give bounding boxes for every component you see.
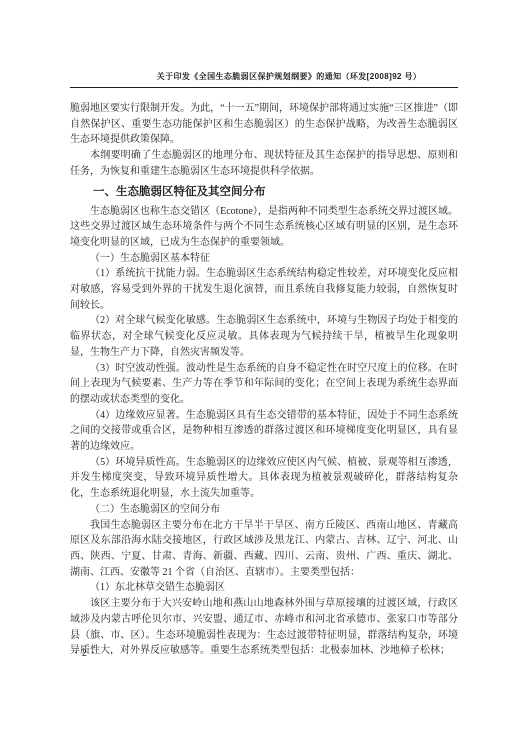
paragraph: 生态脆弱区也称生态交错区（Ecotone），是指两种不同类型生态系统交界过渡区域…: [70, 204, 458, 251]
page-footer: · 2 ·: [74, 648, 96, 659]
page-header: 关于印发《全国生态脆弱区保护规划纲要》的通知（环发[2008]92 号）: [70, 0, 458, 88]
paragraph: （1）东北林草交错生态脆弱区: [70, 580, 458, 596]
paragraph: 本纲要明确了生态脆弱区的地理分布、现状特征及其生态保护的指导思想、原则和任务，为…: [70, 148, 458, 179]
paragraph: （3）时空波动性强。波动性是生态系统的自身不稳定性在时空尺度上的位移。在时间上表…: [70, 361, 458, 408]
paragraph: （1）系统抗干扰能力弱。生态脆弱区生态系统结构稳定性较差，对环境变化反应相对敏感…: [70, 266, 458, 313]
paragraph: （一）生态脆弱区基本特征: [70, 251, 458, 267]
paragraph: 脆弱地区要实行限制开发。为此，“十一五”期间，环境保护部将通过实施“三区推进”（…: [70, 101, 458, 148]
running-header-title: 关于印发《全国生态脆弱区保护规划纲要》的通知（环发[2008]92 号）: [157, 72, 422, 82]
section-heading: 一、生态脆弱区特征及其空间分布: [70, 184, 458, 200]
paragraph: （4）边缘效应显著。生态脆弱区具有生态交错带的基本特征，因处于不同生态系统之间的…: [70, 408, 458, 455]
paragraph: （二）生态脆弱区的空间分布: [70, 502, 458, 518]
paragraph: 该区主要分布于大兴安岭山地和燕山山地森林外围与草原接壤的过渡区域，行政区域涉及内…: [70, 596, 458, 659]
paragraph: （5）环境异质性高。生态脆弱区的边缘效应使区内气候、植被、景观等相互渗透，并发生…: [70, 455, 458, 502]
document-body: 脆弱地区要实行限制开发。为此，“十一五”期间，环境保护部将通过实施“三区推进”（…: [70, 101, 458, 659]
paragraph: （2）对全球气候变化敏感。生态脆弱区生态系统中，环境与生物因子均处于相变的临界状…: [70, 313, 458, 360]
document-page: 关于印发《全国生态脆弱区保护规划纲要》的通知（环发[2008]92 号） 脆弱地…: [0, 0, 522, 737]
paragraph: 我国生态脆弱区主要分布在北方干旱半干旱区、南方丘陵区、西南山地区、青藏高原区及东…: [70, 518, 458, 581]
page-number: · 2 ·: [74, 648, 96, 659]
